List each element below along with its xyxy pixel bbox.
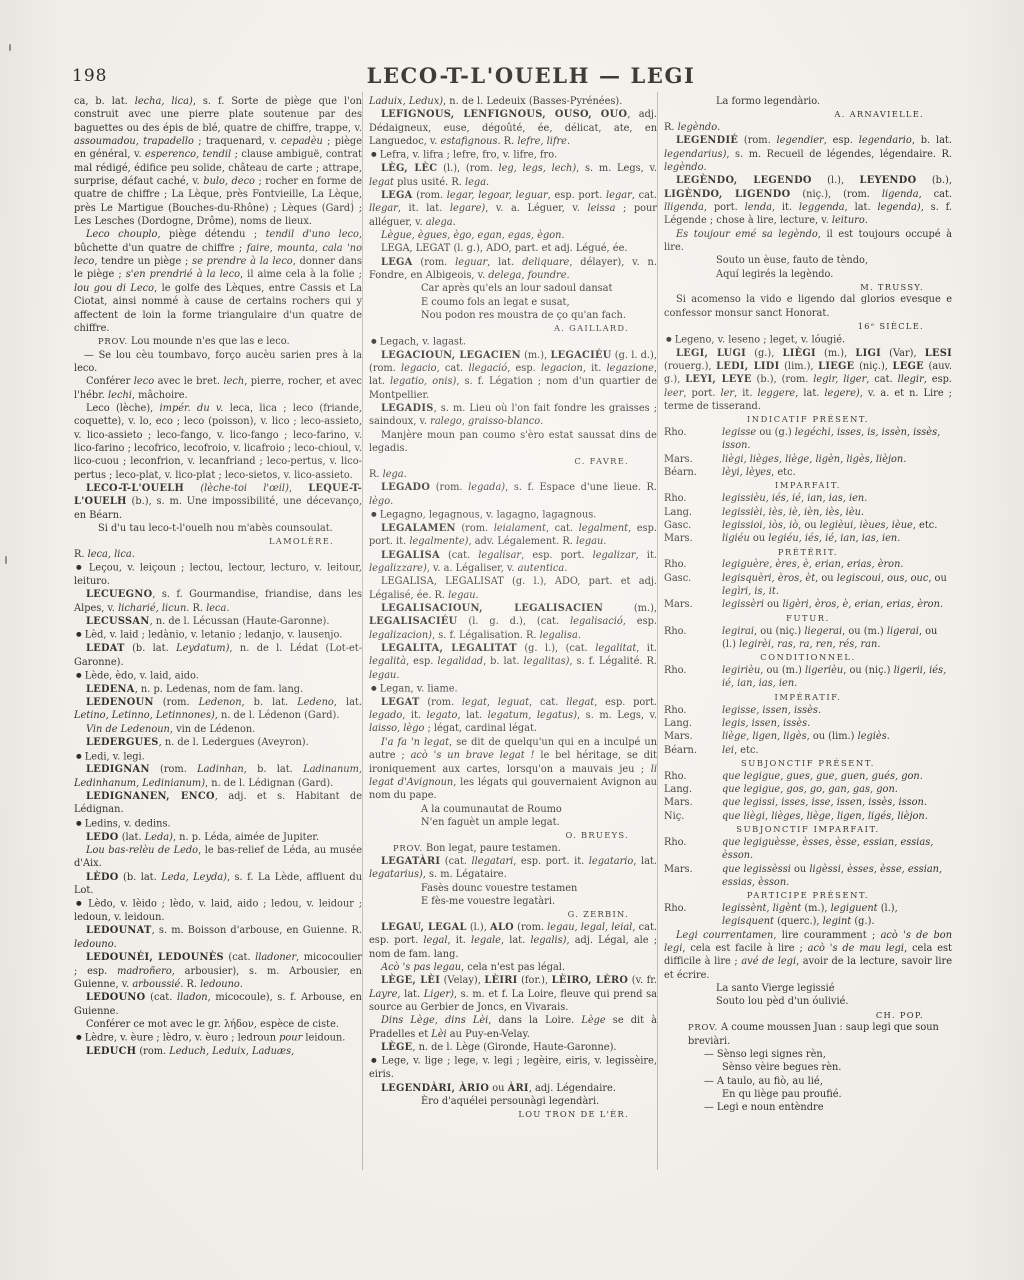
conjugation-forms: legisse, issen, issès. — [710, 704, 952, 717]
conjugation-forms: que legigue, gos, go, gan, gas, gon. — [710, 783, 952, 796]
dialect-label: Gasc. — [664, 572, 710, 599]
attribution: G. ZERBIN. — [369, 908, 657, 921]
conjugation-row: Niç.que liègi, lièges, liège, ligen, lig… — [664, 810, 952, 823]
conjugation-heading: FUTUR. — [664, 612, 952, 625]
conjugation-heading: INDICATIF PRÉSENT. — [664, 413, 952, 426]
conjugation-forms: lèyi, lèyes, etc. — [710, 466, 952, 479]
dictionary-paragraph: LEGAT (rom. legat, leguat, cat. llegat, … — [369, 696, 657, 736]
dialect-label: Niç. — [664, 810, 710, 823]
conjugation-row: Rho.que legigue, gues, gue, guen, gués, … — [664, 770, 952, 783]
entry-bullet-icon: ● — [76, 563, 84, 571]
dictionary-paragraph: LÈDO (b. lat. Leda, Leyda), s. f. La Lèd… — [74, 871, 362, 898]
proverb-line: — Se lou cèu toumbavo, forço aucèu sarie… — [74, 349, 362, 376]
conjugation-forms: liège, ligen, ligès, ou (lim.) legiès. — [710, 730, 952, 743]
dictionary-paragraph: LÈGE, LÈI (Velay), LÈIRI (for.), LÈIRO, … — [369, 974, 657, 1014]
conjugation-row: Mars.liègi, lièges, liège, ligèn, ligès,… — [664, 453, 952, 466]
dictionary-paragraph: LECUSSAN, n. de l. Lécussan (Haute-Garon… — [74, 615, 362, 628]
dictionary-paragraph: Leco chouplo, piège détendu ; tendil d'u… — [74, 228, 362, 335]
conjugation-row: Rho.legissièu, iés, ié, ian, ias, ien. — [664, 492, 952, 505]
dictionary-paragraph: LEDENA, n. p. Ledenas, nom de fam. lang. — [74, 683, 362, 696]
conjugation-row: Gasc.legisquèri, èros, èt, ou legiscoui,… — [664, 572, 952, 599]
dictionary-paragraph: R. lega. — [369, 468, 657, 481]
conjugation-row: Béarn.lèyi, lèyes, etc. — [664, 466, 952, 479]
attribution: M. TRUSSY. — [664, 281, 952, 294]
dictionary-paragraph: Si acomenso la vido e ligendo dal glorio… — [664, 293, 952, 320]
conjugation-heading: IMPÉRATIF. — [664, 691, 952, 704]
conjugation-row: Rho.legissènt, ligènt (m.), legiguent (l… — [664, 902, 952, 929]
dictionary-paragraph: LEDENOUN (rom. Ledenon, b. lat. Ledeno, … — [74, 696, 362, 723]
dictionary-paragraph: LEDOUNÉI, LEDOUNÈS (cat. lladoner, micoc… — [74, 951, 362, 991]
entry-bullet-icon: ● — [76, 899, 83, 907]
conjugation-forms: legiguère, ères, è, erian, erias, èron. — [710, 558, 952, 571]
column-divider-rule — [362, 92, 363, 1170]
conjugation-row: Rho.legirièu, ou (m.) ligerièu, ou (niç.… — [664, 664, 952, 691]
conjugation-forms: que legiguèsse, èsses, èsse, essian, ess… — [710, 836, 952, 863]
verse-quotation: Fasès dounc vouestre testamenE fès-me vo… — [369, 882, 657, 909]
conjugation-forms: lei, etc. — [710, 744, 952, 757]
verse-quotation: La santo Vierge legissiéSouto lou pèd d'… — [664, 982, 952, 1009]
conjugation-row: Mars.que legissèssi ou ligèssi, èsses, è… — [664, 863, 952, 890]
cross-reference-entry: ● Leçou, v. leiçoun ; lectou, lectour, l… — [74, 561, 362, 588]
dictionary-paragraph: Es toujour emé sa legèndo, il est toujou… — [664, 228, 952, 255]
dictionary-paragraph: I'a fa 'n legat, se dit de quelqu'un qui… — [369, 736, 657, 803]
dialect-label: Lang. — [664, 783, 710, 796]
conjugation-row: Lang.legissièi, iès, iè, ièn, iès, ièu. — [664, 506, 952, 519]
dialect-label: Rho. — [664, 664, 710, 691]
dialect-label: Béarn. — [664, 744, 710, 757]
cross-reference-entry: ● Legan, v. liame. — [369, 682, 657, 696]
conjugation-forms: legisquèri, èros, èt, ou legiscoui, ous,… — [710, 572, 952, 599]
proverb-line: PROV. Bon legat, paure testamen. — [369, 842, 657, 855]
text-column-middle: Laduix, Ledux), n. de l. Ledeuix (Basses… — [369, 95, 657, 1121]
dictionary-paragraph: Legi courrentamen, lire couramment ; acò… — [664, 929, 952, 982]
proverb-line: PROV. A coume moussen Juan : saup legi q… — [664, 1021, 952, 1048]
conjugation-row: Rho.legisse ou (g.) legéchi, isses, is, … — [664, 426, 952, 453]
proverb-line: PROV. Lou mounde n'es que las e leco. — [74, 335, 362, 348]
entry-bullet-icon: ● — [371, 510, 377, 518]
dictionary-paragraph: LEGA, LEGAT (l. g.), ADO, part. et adj. … — [369, 242, 657, 255]
conjugation-forms: legirièu, ou (m.) ligerièu, ou (niç.) li… — [710, 664, 952, 691]
proverb-verse: — A taulo, au fiò, au lié,En qu liège pa… — [664, 1075, 952, 1102]
entry-bullet-icon: ● — [371, 684, 377, 692]
dictionary-paragraph: LEGACIOUN, LEGACIEN (m.), LEGACIÉU (g. l… — [369, 349, 657, 402]
entry-bullet-icon: ● — [76, 752, 82, 760]
verse-quotation: Car après qu'els an lour sadoul dansatE … — [369, 282, 657, 322]
conjugation-row: Mars.ligiéu ou legiéu, iés, ié, ian, ias… — [664, 532, 952, 545]
dictionary-paragraph: LEDIGNAN (rom. Ladinhan, b. lat. Ladinan… — [74, 763, 362, 790]
dictionary-paragraph: LEGENDIÉ (rom. legendier, esp. legendari… — [664, 134, 952, 174]
dictionary-paragraph: R. legèndo. — [664, 121, 952, 134]
dictionary-paragraph: LÈG, LÈC (l.), (rom. leg, legs, lech), s… — [369, 162, 657, 189]
conjugation-heading: PRÉTÉRIT. — [664, 546, 952, 559]
cross-reference-entry: ● Lege, v. lige ; lege, v. legi ; legèir… — [369, 1054, 657, 1081]
verse-quotation: A la coumunautat de RoumoN'en faguèt un … — [369, 803, 657, 830]
conjugation-row: Lang.que legigue, gos, go, gan, gas, gon… — [664, 783, 952, 796]
dictionary-paragraph: Lègue, ègues, ègo, egan, egas, ègon. — [369, 229, 657, 242]
dialect-label: Rho. — [664, 836, 710, 863]
conjugation-forms: legis, issen, issès. — [710, 717, 952, 730]
scan-artifact — [5, 556, 7, 564]
verse-quotation: Souto un èuse, fauto de tèndo,Aquí legir… — [664, 254, 952, 281]
attribution: O. BRUEYS. — [369, 829, 657, 842]
dictionary-paragraph: Vin de Ledenoun, vin de Lédenon. — [74, 723, 362, 736]
conjugation-forms: que legissi, isses, isse, issen, issès, … — [710, 796, 952, 809]
dictionary-paragraph: Conférer ce mot avec le gr. λήδον, espèc… — [74, 1018, 362, 1031]
dictionary-paragraph: LEFIGNOUS, LENFIGNOUS, OUSO, OUO, adj. D… — [369, 108, 657, 148]
entry-bullet-icon: ● — [371, 337, 377, 345]
proverb-verse: — Sènso legi signes rèn,Sènso vèire begu… — [664, 1048, 952, 1075]
dictionary-paragraph: R. leca, lica. — [74, 548, 362, 561]
conjugation-forms: legissènt, ligènt (m.), legiguent (l.), … — [710, 902, 952, 929]
dialect-label: Mars. — [664, 532, 710, 545]
dictionary-paragraph: LEGALISACIOUN, LEGALISACIEN (m.), LEGALI… — [369, 602, 657, 642]
scan-artifact — [9, 44, 11, 51]
conjugation-row: Rho.que legiguèsse, èsses, èsse, essian,… — [664, 836, 952, 863]
conjugation-forms: legirai, ou (niç.) liegerai, ou (m.) lig… — [710, 625, 952, 652]
dialect-label: Mars. — [664, 796, 710, 809]
dictionary-paragraph: LEDAT (b. lat. Leydatum), n. de l. Lédat… — [74, 642, 362, 669]
dictionary-paragraph: LEDOUNAT, s. m. Boisson d'arbouse, en Gu… — [74, 924, 362, 951]
dictionary-paragraph: Dins Lège, dins Lèi, dans la Loire. Lège… — [369, 1014, 657, 1041]
dictionary-paragraph: LEGATÀRI (cat. llegatari, esp. port. it.… — [369, 855, 657, 882]
attribution: LOU TRON DE L'ÈR. — [369, 1108, 657, 1121]
dialect-label: Rho. — [664, 902, 710, 929]
attribution: LAMOLÈRE. — [74, 535, 362, 548]
dialect-label: Mars. — [664, 453, 710, 466]
text-column-right: La formo legendàrio.A. ARNAVIELLE.R. leg… — [664, 95, 952, 1115]
entry-bullet-icon: ● — [76, 819, 82, 827]
conjugation-forms: legisse ou (g.) legéchi, isses, is, issè… — [710, 426, 952, 453]
entry-bullet-icon: ● — [371, 1056, 378, 1064]
continued-paragraph: Laduix, Ledux), n. de l. Ledeuix (Basses… — [369, 95, 657, 108]
dialect-label: Rho. — [664, 704, 710, 717]
dialect-label: Mars. — [664, 598, 710, 611]
dictionary-paragraph: LEDIGNANEN, ENCO, adj. et s. Habitant de… — [74, 790, 362, 817]
conjugation-row: Mars.que legissi, isses, isse, issen, is… — [664, 796, 952, 809]
dictionary-paragraph: LÈGE, n. de l. Lège (Gironde, Haute-Garo… — [369, 1041, 657, 1054]
dialect-label: Gasc. — [664, 519, 710, 532]
conjugation-heading: CONDITIONNEL. — [664, 651, 952, 664]
continued-paragraph: ca, b. lat. lecha, lica), s. f. Sorte de… — [74, 95, 362, 228]
cross-reference-entry: ● Lèd, v. laid ; ledànio, v. letanio ; l… — [74, 628, 362, 642]
dictionary-paragraph: Manjère moun pan coumo s'èro estat sauss… — [369, 429, 657, 456]
dictionary-paragraph: LEGENDÀRI, ÀRIO ou ÀRI, adj. Légendaire. — [369, 1082, 657, 1095]
cross-reference-entry: ● Lèdre, v. èure ; lèdro, v. èuro ; ledr… — [74, 1031, 362, 1045]
attribution: 16ᵉ SIÈCLE. — [664, 320, 952, 333]
conjugation-forms: liègi, lièges, liège, ligèn, ligès, lièj… — [710, 453, 952, 466]
dictionary-paragraph: LECUEGNO, s. f. Gourmandise, friandise, … — [74, 588, 362, 615]
cross-reference-entry: ● Lefra, v. lifra ; lefre, fro, v. lifre… — [369, 148, 657, 162]
dialect-label: Rho. — [664, 558, 710, 571]
conjugation-forms: que legissèssi ou ligèssi, èsses, èsse, … — [710, 863, 952, 890]
dialect-label: Lang. — [664, 506, 710, 519]
cross-reference-entry: ● Lèdo, v. lèido ; lèdo, v. laid, aido ;… — [74, 897, 362, 924]
cross-reference-entry: ● Legach, v. lagast. — [369, 335, 657, 349]
dialect-label: Rho. — [664, 770, 710, 783]
dialect-label: Rho. — [664, 426, 710, 453]
dialect-label: Mars. — [664, 730, 710, 743]
verse-quotation: Èro d'aquélei persounàgi legendàri. — [369, 1095, 657, 1108]
conjugation-row: Mars.liège, ligen, ligès, ou (lim.) legi… — [664, 730, 952, 743]
dialect-label: Béarn. — [664, 466, 710, 479]
dictionary-paragraph: LEDERGUES, n. de l. Ledergues (Aveyron). — [74, 736, 362, 749]
cross-reference-entry: ● Legeno, v. leseno ; leget, v. lóugié. — [664, 333, 952, 347]
dictionary-paragraph: LEGA (rom. legar, legoar, leguar, esp. p… — [369, 189, 657, 229]
dialect-label: Mars. — [664, 863, 710, 890]
proverb-verse: — Legi e noun entèndre — [664, 1101, 952, 1114]
conjugation-row: Gasc.legissioi, iòs, iò, ou legièui, ièu… — [664, 519, 952, 532]
conjugation-heading: IMPARFAIT. — [664, 479, 952, 492]
dictionary-paragraph: Conférer leco avec le bret. lech, pierre… — [74, 375, 362, 402]
entry-bullet-icon: ● — [76, 671, 82, 679]
conjugation-row: Rho.legisse, issen, issès. — [664, 704, 952, 717]
dictionary-paragraph: LEGÈNDO, LEGENDO (l.), LEYENDO (b.), LIG… — [664, 174, 952, 227]
cross-reference-entry: ● Ledins, v. dedins. — [74, 817, 362, 831]
dictionary-paragraph: LEDUCH (rom. Leduch, Leduix, Laduæs, — [74, 1045, 362, 1058]
attribution: CH. POP. — [664, 1009, 952, 1022]
conjugation-row: Rho.legiguère, ères, è, erian, erias, èr… — [664, 558, 952, 571]
dictionary-paragraph: LEDO (lat. Leda), n. p. Léda, aimée de J… — [74, 831, 362, 844]
dictionary-paragraph: LECO-T-L'OUELH (lèche-toi l'œil), LEQUE-… — [74, 482, 362, 522]
conjugation-row: Béarn.lei, etc. — [664, 744, 952, 757]
attribution: A. ARNAVIELLE. — [664, 108, 952, 121]
dictionary-paragraph: LEGALAMEN (rom. leialament, cat. legalme… — [369, 522, 657, 549]
dictionary-paragraph: LEGALITA, LEGALITAT (g. l.), (cat. legal… — [369, 642, 657, 682]
conjugation-forms: legissioi, iòs, iò, ou legièui, ièues, i… — [710, 519, 952, 532]
scan-artifact — [352, 200, 353, 205]
entry-bullet-icon: ● — [371, 150, 377, 158]
entry-bullet-icon: ● — [76, 1033, 82, 1041]
conjugation-forms: que liègi, lièges, liège, ligen, ligés, … — [710, 810, 952, 823]
entry-bullet-icon: ● — [666, 335, 672, 343]
scanned-dictionary-page: { "page": { "number": "198", "title": "L… — [0, 0, 1024, 1280]
entry-bullet-icon: ● — [76, 630, 82, 638]
dialect-label: Lang. — [664, 717, 710, 730]
attribution: C. FAVRE. — [369, 455, 657, 468]
cross-reference-entry: ● Lède, èdo, v. laid, aido. — [74, 669, 362, 683]
dictionary-paragraph: Acò 's pas legau, cela n'est pas légal. — [369, 961, 657, 974]
cross-reference-entry: ● Legagno, legagnous, v. lagagno, lagagn… — [369, 508, 657, 522]
dictionary-paragraph: LEDOUNO (cat. lladon, micocoule), s. f. … — [74, 991, 362, 1018]
dictionary-paragraph: LEGALISA, LEGALISAT (g. l.), ADO, part. … — [369, 575, 657, 602]
conjugation-heading: SUBJONCTIF PRÉSENT. — [664, 757, 952, 770]
verse-quotation: La formo legendàrio. — [664, 95, 952, 108]
conjugation-forms: legissièu, iés, ié, ian, ias, ien. — [710, 492, 952, 505]
dictionary-paragraph: Lou bas-relèu de Ledo, le bas-relief de … — [74, 844, 362, 871]
dictionary-paragraph: LEGI, LUGI (g.), LIÈGI (m.), LIGI (Var),… — [664, 347, 952, 414]
dictionary-paragraph: LEGALISA (cat. legalisar, esp. port. leg… — [369, 549, 657, 576]
conjugation-forms: que legigue, gues, gue, guen, gués, gon. — [710, 770, 952, 783]
dictionary-paragraph: Leco (lèche), impér. du v. leca, lica ; … — [74, 402, 362, 482]
conjugation-forms: legissèri ou ligèri, èros, è, erian, eri… — [710, 598, 952, 611]
dictionary-paragraph: LEGADO (rom. legada), s. f. Espace d'une… — [369, 481, 657, 508]
cross-reference-entry: ● Ledi, v. legi. — [74, 750, 362, 764]
text-column-left: ca, b. lat. lecha, lica), s. f. Sorte de… — [74, 95, 362, 1058]
conjugation-forms: ligiéu ou legiéu, iés, ié, ian, ias, ien… — [710, 532, 952, 545]
conjugation-heading: SUBJONCTIF IMPARFAIT. — [664, 823, 952, 836]
conjugation-forms: legissièi, iès, iè, ièn, iès, ièu. — [710, 506, 952, 519]
dialect-label: Rho. — [664, 492, 710, 505]
dialect-label: Rho. — [664, 625, 710, 652]
attribution: A. GAILLARD. — [369, 322, 657, 335]
dictionary-paragraph: LEGA (rom. leguar, lat. deliquare, délay… — [369, 256, 657, 283]
conjugation-row: Rho.legirai, ou (niç.) liegerai, ou (m.)… — [664, 625, 952, 652]
page-title: LECO-T-L'OUELH — LEGI — [0, 63, 1024, 88]
conjugation-heading: PARTICIPE PRÉSENT. — [664, 889, 952, 902]
conjugation-row: Lang.legis, issen, issès. — [664, 717, 952, 730]
quotation-line: Si d'u tau leco-t-l'ouelh nou m'abès cou… — [74, 522, 362, 535]
column-divider-rule — [657, 92, 658, 1170]
dictionary-paragraph: LEGAU, LEGAL (l.), ALO (rom. legau, lega… — [369, 921, 657, 961]
dictionary-paragraph: LEGADIS, s. m. Lieu où l'on fait fondre … — [369, 402, 657, 429]
conjugation-row: Mars.legissèri ou ligèri, èros, è, erian… — [664, 598, 952, 611]
